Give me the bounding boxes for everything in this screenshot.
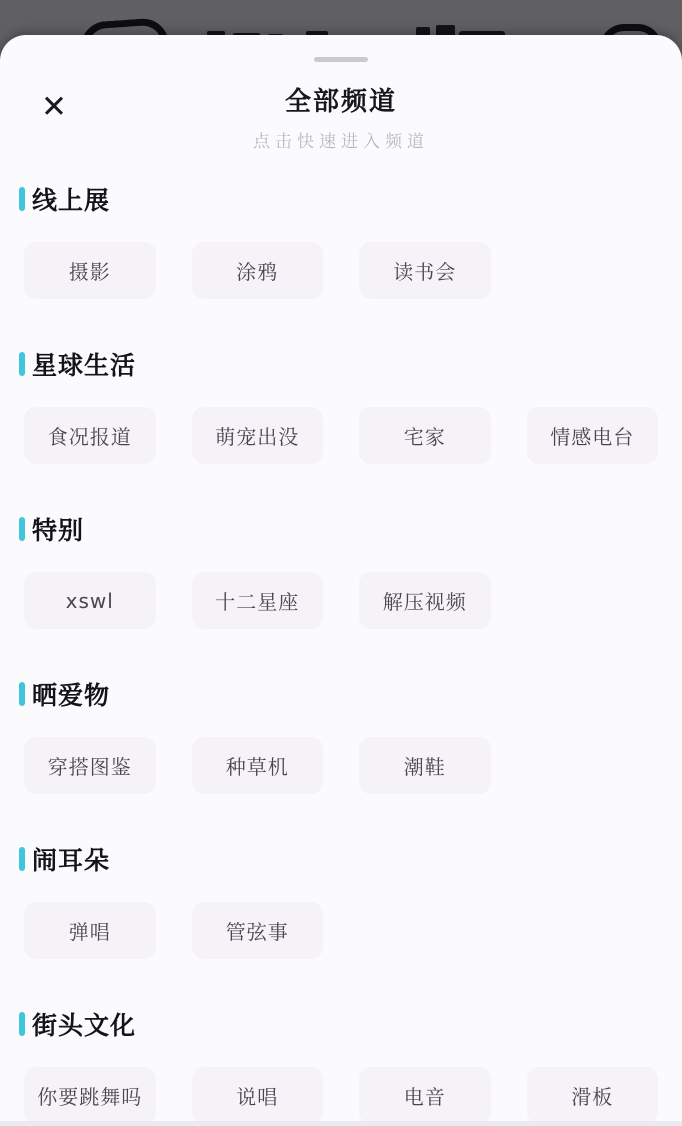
channel-section: 晒爱物 穿搭图鉴种草机潮鞋 <box>0 679 682 794</box>
close-button[interactable]: ✕ <box>34 87 74 127</box>
section-header: 闹耳朵 <box>0 844 682 874</box>
chip-grid: 穿搭图鉴种草机潮鞋 <box>0 737 682 794</box>
channel-section: 街头文化 你要跳舞吗说唱电音滑板 <box>0 1009 682 1124</box>
channel-chip[interactable]: 萌宠出没 <box>192 407 324 464</box>
section-title: 晒爱物 <box>32 676 110 712</box>
section-header: 线上展 <box>0 184 682 214</box>
channel-chip[interactable]: 说唱 <box>192 1067 324 1124</box>
channel-chip[interactable]: 摄影 <box>24 242 156 299</box>
section-title: 星球生活 <box>32 346 136 382</box>
channel-chip[interactable]: 弹唱 <box>24 902 156 959</box>
channel-chip[interactable]: 读书会 <box>359 242 491 299</box>
section-accent-bar <box>19 517 25 541</box>
channel-chip[interactable]: 食况报道 <box>24 407 156 464</box>
section-header: 特别 <box>0 514 682 544</box>
section-accent-bar <box>19 352 25 376</box>
channel-chip[interactable]: 滑板 <box>527 1067 659 1124</box>
channel-chip[interactable]: 十二星座 <box>192 572 324 629</box>
channel-section: 闹耳朵 弹唱管弦事 <box>0 844 682 959</box>
chip-grid: 摄影涂鸦读书会 <box>0 242 682 299</box>
channel-chip[interactable]: 潮鞋 <box>359 737 491 794</box>
all-channels-sheet: ✕ 全部频道 点击快速进入频道 线上展 摄影涂鸦读书会 星球生活 食况报道萌宠出… <box>0 35 682 1126</box>
chip-grid: xswl十二星座解压视频 <box>0 572 682 629</box>
section-title: 街头文化 <box>32 1006 136 1042</box>
section-accent-bar <box>19 847 25 871</box>
section-header: 星球生活 <box>0 349 682 379</box>
chip-grid: 食况报道萌宠出没宅家情感电台 <box>0 407 682 464</box>
close-icon: ✕ <box>41 89 67 125</box>
channel-chip[interactable]: 种草机 <box>192 737 324 794</box>
channel-section: 特别 xswl十二星座解压视频 <box>0 514 682 629</box>
page-title: 全部频道 <box>0 81 682 118</box>
channel-chip[interactable]: 穿搭图鉴 <box>24 737 156 794</box>
channel-chip[interactable]: 管弦事 <box>192 902 324 959</box>
channel-chip[interactable]: xswl <box>24 572 156 629</box>
section-title: 线上展 <box>32 181 110 217</box>
channel-chip[interactable]: 宅家 <box>359 407 491 464</box>
section-accent-bar <box>19 1012 25 1036</box>
page-subtitle: 点击快速进入频道 <box>0 127 682 152</box>
section-title: 闹耳朵 <box>32 841 110 877</box>
section-title: 特别 <box>32 511 84 547</box>
channel-section: 线上展 摄影涂鸦读书会 <box>0 184 682 299</box>
channel-chip[interactable]: 涂鸦 <box>192 242 324 299</box>
section-header: 晒爱物 <box>0 679 682 709</box>
sheet-drag-handle[interactable] <box>314 57 368 62</box>
screen-bottom-edge <box>0 1121 682 1126</box>
channel-chip[interactable]: 情感电台 <box>527 407 659 464</box>
section-accent-bar <box>19 682 25 706</box>
chip-grid: 弹唱管弦事 <box>0 902 682 959</box>
channel-chip[interactable]: 你要跳舞吗 <box>24 1067 156 1124</box>
sections: 线上展 摄影涂鸦读书会 星球生活 食况报道萌宠出没宅家情感电台 特别 xswl十… <box>0 184 682 1124</box>
channel-chip[interactable]: 解压视频 <box>359 572 491 629</box>
section-header: 街头文化 <box>0 1009 682 1039</box>
channel-chip[interactable]: 电音 <box>359 1067 491 1124</box>
section-accent-bar <box>19 187 25 211</box>
channel-section: 星球生活 食况报道萌宠出没宅家情感电台 <box>0 349 682 464</box>
chip-grid: 你要跳舞吗说唱电音滑板 <box>0 1067 682 1124</box>
